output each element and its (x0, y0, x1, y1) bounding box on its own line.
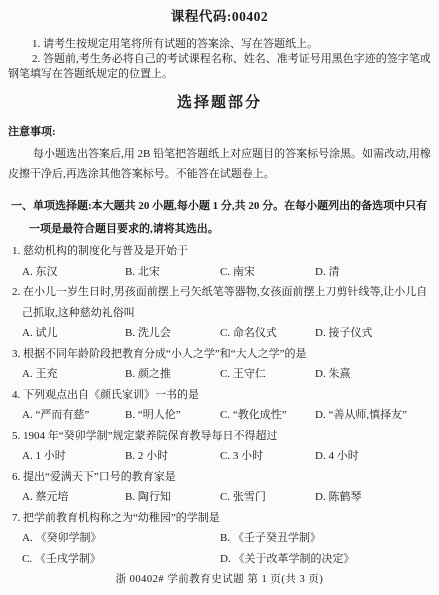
course-code-title: 课程代码:00402 (8, 0, 431, 26)
question: 7. 把学前教育机构称之为“幼稚园”的学制是A. 《癸卯学制》B. 《壬子癸丑学… (12, 508, 431, 570)
option-A: A. 东汉 (22, 262, 125, 283)
question-stem-text: 提出“爱满天下”口号的教育家是 (23, 471, 176, 483)
option-row: A. 《癸卯学制》B. 《壬子癸丑学制》C. 《壬戌学制》D. 《关于改革学制的… (12, 528, 431, 569)
question-stem: 6. 提出“爱满天下”口号的教育家是 (12, 467, 431, 488)
option-row: A. 试儿B. 洗儿会C. 命名仪式D. 接子仪式 (12, 323, 431, 344)
option-B: B. 《壬子癸丑学制》 (220, 528, 431, 549)
option-C: C. 南宋 (220, 262, 315, 283)
exam-instructions: 1. 请考生按规定用笔将所有试题的答案涂、写在答题纸上。 2. 答题前,考生务必… (8, 37, 431, 82)
question-number: 4. (12, 389, 23, 401)
option-C: C. 3 小时 (220, 446, 315, 467)
question-number: 3. (12, 348, 23, 360)
question-list: 1. 慈幼机构的制度化与普及是开始于A. 东汉B. 北宋C. 南宋D. 清2. … (12, 241, 431, 569)
question-stem: 7. 把学前教育机构称之为“幼稚园”的学制是 (12, 508, 431, 529)
option-row: A. 王充B. 颜之推C. 王守仁D. 朱熹 (12, 364, 431, 385)
question-stem-text: 根据不同年龄阶段把教育分成“小人之学”和“大人之学”的是 (23, 348, 307, 360)
option-D: D. 清 (315, 262, 431, 283)
option-C: C. 王守仁 (220, 364, 315, 385)
question: 6. 提出“爱满天下”口号的教育家是A. 蔡元培B. 陶行知C. 张雪门D. 陈… (12, 467, 431, 508)
option-D: D. 《关于改革学制的决定》 (220, 549, 431, 570)
option-B: B. 北宋 (125, 262, 220, 283)
option-row: A. “严而有慈”B. “明人伦”C. “教化成性”D. “善从师,慎择友” (12, 405, 431, 426)
question-stem: 1. 慈幼机构的制度化与普及是开始于 (12, 241, 431, 262)
option-B: B. “明人伦” (125, 405, 220, 426)
option-B: B. 2 小时 (125, 446, 220, 467)
option-row: A. 东汉B. 北宋C. 南宋D. 清 (12, 262, 431, 283)
exam-page: 课程代码:00402 1. 请考生按规定用笔将所有试题的答案涂、写在答题纸上。 … (0, 0, 439, 595)
option-D: D. 4 小时 (315, 446, 431, 467)
question-number: 1. (12, 245, 23, 257)
question-stem: 3. 根据不同年龄阶段把教育分成“小人之学”和“大人之学”的是 (12, 344, 431, 365)
question-stem: 5. 1904 年“癸卯学制”规定蒙养院保育教导每日不得超过 (12, 426, 431, 447)
option-B: B. 颜之推 (125, 364, 220, 385)
instruction-item: 2. 答题前,考生务必将自己的考试课程名称、姓名、准考证号用黑色字迹的签字笔或钢… (8, 52, 431, 82)
option-D: D. 陈鹤琴 (315, 487, 431, 508)
question-number: 6. (12, 471, 23, 483)
question-number: 7. (12, 512, 23, 524)
option-C: C. “教化成性” (220, 405, 315, 426)
instruction-item: 1. 请考生按规定用笔将所有试题的答案涂、写在答题纸上。 (8, 37, 431, 52)
question-number: 5. (12, 430, 23, 442)
question-stem-text: 在小儿一岁生日时,男孩面前摆上弓矢纸笔等器物,女孩面前摆上刀剪针线等,让小儿自己… (22, 286, 427, 319)
question: 3. 根据不同年龄阶段把教育分成“小人之学”和“大人之学”的是A. 王充B. 颜… (12, 344, 431, 385)
option-D: D. 朱熹 (315, 364, 431, 385)
option-row: A. 1 小时B. 2 小时C. 3 小时D. 4 小时 (12, 446, 431, 467)
question-stem: 2. 在小儿一岁生日时,男孩面前摆上弓矢纸笔等器物,女孩面前摆上刀剪针线等,让小… (12, 282, 431, 323)
option-A: A. 蔡元培 (22, 487, 125, 508)
option-B: B. 陶行知 (125, 487, 220, 508)
option-D: D. “善从师,慎择友” (315, 405, 431, 426)
question: 5. 1904 年“癸卯学制”规定蒙养院保育教导每日不得超过A. 1 小时B. … (12, 426, 431, 467)
question-stem-text: 1904 年“癸卯学制”规定蒙养院保育教导每日不得超过 (23, 430, 278, 442)
option-A: A. 试儿 (22, 323, 125, 344)
option-A: A. 王充 (22, 364, 125, 385)
part-heading: 一、单项选择题:本大题共 20 小题,每小题 1 分,共 20 分。在每小题列出… (11, 195, 431, 241)
option-A: A. 1 小时 (22, 446, 125, 467)
option-C: C. 命名仪式 (220, 323, 315, 344)
option-C: C. 《壬戌学制》 (22, 549, 220, 570)
question: 1. 慈幼机构的制度化与普及是开始于A. 东汉B. 北宋C. 南宋D. 清 (12, 241, 431, 282)
section-title: 选择题部分 (8, 95, 431, 112)
question-stem-text: 下列观点出自《颜氏家训》一书的是 (23, 389, 199, 401)
option-D: D. 接子仪式 (315, 323, 431, 344)
question-stem: 4. 下列观点出自《颜氏家训》一书的是 (12, 385, 431, 406)
notes-heading: 注意事项: (8, 125, 431, 139)
option-A: A. “严而有慈” (22, 405, 125, 426)
question-stem-text: 慈幼机构的制度化与普及是开始于 (23, 245, 188, 257)
page-footer: 浙 00402# 学前教育史试题 第 1 页(共 3 页) (0, 571, 439, 586)
option-B: B. 洗儿会 (125, 323, 220, 344)
question: 4. 下列观点出自《颜氏家训》一书的是A. “严而有慈”B. “明人伦”C. “… (12, 385, 431, 426)
option-A: A. 《癸卯学制》 (22, 528, 220, 549)
notes-body: 每小题选出答案后,用 2B 铅笔把答题纸上对应题目的答案标号涂黑。如需改动,用橡… (8, 144, 431, 184)
question-stem-text: 把学前教育机构称之为“幼稚园”的学制是 (23, 512, 220, 524)
question-number: 2. (12, 286, 23, 298)
option-row: A. 蔡元培B. 陶行知C. 张雪门D. 陈鹤琴 (12, 487, 431, 508)
option-C: C. 张雪门 (220, 487, 315, 508)
question: 2. 在小儿一岁生日时,男孩面前摆上弓矢纸笔等器物,女孩面前摆上刀剪针线等,让小… (12, 282, 431, 344)
